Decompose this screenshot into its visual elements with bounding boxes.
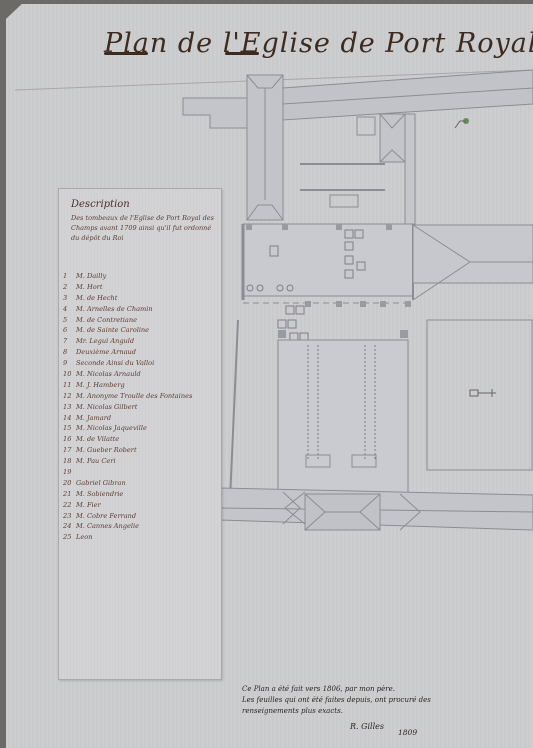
list-item: 18M. Pau Ceri (63, 456, 213, 467)
list-item: 6M. de Sainte Caroline (63, 325, 213, 336)
note-line: Ce Plan a été fait vers 1806, par mon pè… (242, 684, 482, 695)
list-item: 15M. Nicolas Jaqueville (63, 423, 213, 434)
list-item: 20Gabriel Gibran (63, 478, 213, 489)
list-item: 12M. Anonyme Troulle des Fontaines (63, 391, 213, 402)
list-item: 23M. Cobre Ferrand (63, 511, 213, 522)
description-body: Des tombeaux de l'Eglise de Port Royal d… (71, 213, 219, 243)
list-item: 16M. de Vilatte (63, 434, 213, 445)
document-title: Plan de l'Eglise de Port Royal des Champ… (104, 28, 533, 59)
list-item: 19 (63, 467, 213, 478)
signature: R. Gilles (350, 722, 384, 731)
list-item: 8Deuxième Arnaud (63, 347, 213, 358)
list-item: 7Mr. Legui Anguld (63, 336, 213, 347)
list-item: 22M. Fier (63, 500, 213, 511)
signature-year: 1809 (398, 728, 417, 737)
list-item: 3M. de Hecht (63, 293, 213, 304)
tomb-list: 1M. Dailly 2M. Hort 3M. de Hecht 4M. Arn… (63, 271, 213, 543)
description-inset: Description Des tombeaux de l'Eglise de … (58, 188, 222, 680)
list-item: 4M. Arnelles de Chamin (63, 304, 213, 315)
note-line: renseignements plus exacts. (242, 706, 482, 717)
description-heading: Description (71, 199, 130, 210)
list-item: 25Leon (63, 532, 213, 543)
list-item: 17M. Gueber Robert (63, 445, 213, 456)
list-item: 13M. Nicolas Gilbert (63, 402, 213, 413)
list-item: 24M. Cannes Angelie (63, 521, 213, 532)
list-item: 21M. Sobiendrie (63, 489, 213, 500)
list-item: 2M. Hort (63, 282, 213, 293)
list-item: 1M. Dailly (63, 271, 213, 282)
list-item: 11M. J. Hamberg (63, 380, 213, 391)
note-line: Les feuilles qui ont été faites depuis, … (242, 695, 482, 706)
author-note: Ce Plan a été fait vers 1806, par mon pè… (242, 684, 482, 717)
list-item: 14M. Jamard (63, 413, 213, 424)
list-item: 9Seconde Ainsi du Valloi (63, 358, 213, 369)
list-item: 10M. Nicolas Arnauld (63, 369, 213, 380)
list-item: 5M. de Contretiane (63, 315, 213, 326)
